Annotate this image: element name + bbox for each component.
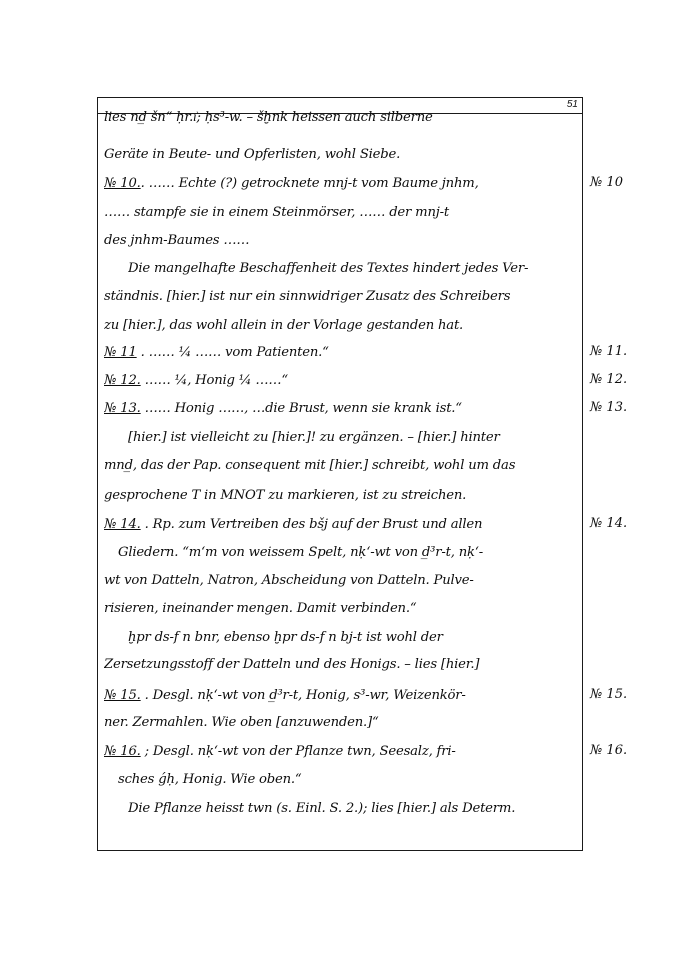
margin-entry-number: № 13.: [590, 398, 627, 418]
manuscript-line: № 11 . …… ¼ …… vom Patienten.“: [104, 343, 578, 363]
entry-label: № 12.: [104, 373, 141, 388]
entry-label: № 16.: [104, 744, 141, 759]
entry-label: № 10.: [104, 176, 141, 191]
line-text: risieren, ineinander mengen. Damit verbi…: [104, 601, 416, 616]
manuscript-line: Die Pflanze heisst twn (s. Einl. S. 2.);…: [128, 799, 578, 819]
line-text: . Desgl. nḳ‘-wt von d̲³r-t, Honig, s³-wr…: [141, 688, 466, 703]
manuscript-line: risieren, ineinander mengen. Damit verbi…: [104, 599, 578, 619]
margin-entry-number: № 10: [590, 173, 623, 193]
line-text: Zersetzungsstoff der Datteln und des Hon…: [104, 657, 479, 672]
manuscript-line: Gliedern. “m‘m von weissem Spelt, nḳ‘-wt…: [118, 543, 578, 563]
line-text: mnd̲, das der Pap. consequent mit [hier.…: [104, 458, 515, 473]
line-text: …… stampfe sie in einem Steinmörser, …… …: [104, 205, 449, 220]
line-text: Gliedern. “m‘m von weissem Spelt, nḳ‘-wt…: [118, 545, 483, 560]
margin-entry-number: № 14.: [590, 514, 627, 534]
margin-entry-number: № 15.: [590, 685, 627, 705]
line-text: . …… ¼ …… vom Patienten.“: [137, 345, 329, 360]
manuscript-line: № 10.. …… Echte (?) getrocknete mnj-t vo…: [104, 174, 578, 194]
manuscript-line: № 12. …… ¼, Honig ¼ ……“: [104, 371, 578, 391]
manuscript-line: mnd̲, das der Pap. consequent mit [hier.…: [104, 456, 578, 476]
line-text: zu [hier.], das wohl allein in der Vorla…: [104, 318, 463, 333]
manuscript-line: № 15. . Desgl. nḳ‘-wt von d̲³r-t, Honig,…: [104, 686, 578, 706]
manuscript-line: …… stampfe sie in einem Steinmörser, …… …: [104, 203, 578, 223]
manuscript-line: wt von Datteln, Natron, Abscheidung von …: [104, 571, 578, 591]
line-text: ; Desgl. nḳ‘-wt von der Pflanze twn, See…: [141, 744, 456, 759]
line-text: ner. Zermahlen. Wie oben [anzuwenden.]“: [104, 715, 379, 730]
manuscript-line: zu [hier.], das wohl allein in der Vorla…: [104, 316, 578, 336]
manuscript-line: ḫpr ds-f n bnr, ebenso ḫpr ds-f n bj-t i…: [128, 628, 578, 648]
line-text: . Rp. zum Vertreiben des bšj auf der Bru…: [141, 517, 483, 532]
page-frame: 51 lies nd̲ šn“ ḥr.ı͗; ḥs³-w. – šḫnk hei…: [97, 97, 583, 851]
manuscript-line: № 16. ; Desgl. nḳ‘-wt von der Pflanze tw…: [104, 742, 578, 762]
manuscript-line: [hier.] ist vielleicht zu [hier.]! zu er…: [128, 428, 578, 448]
line-text: [hier.] ist vielleicht zu [hier.]! zu er…: [128, 430, 500, 445]
line-text: lies nd̲ šn“ ḥr.ı͗; ḥs³-w. – šḫnk heisse…: [104, 110, 433, 125]
line-text: …… Honig ……, …die Brust, wenn sie krank …: [141, 401, 462, 416]
entry-label: № 11: [104, 345, 137, 360]
line-text: ständnis. [hier.] ist nur ein sinnwidrig…: [104, 289, 510, 304]
manuscript-line: № 14. . Rp. zum Vertreiben des bšj auf d…: [104, 515, 578, 535]
line-text: Die Pflanze heisst twn (s. Einl. S. 2.);…: [128, 801, 515, 816]
line-text: Geräte in Beute- und Opferlisten, wohl S…: [104, 147, 400, 162]
manuscript-line: Geräte in Beute- und Opferlisten, wohl S…: [104, 145, 578, 165]
manuscript-line: gesprochene T in MNOT zu markieren, ist …: [104, 486, 578, 506]
line-text: Die mangelhafte Beschaffenheit des Texte…: [128, 261, 528, 276]
line-text: gesprochene T in MNOT zu markieren, ist …: [104, 488, 466, 503]
entry-label: № 13.: [104, 401, 141, 416]
margin-entry-number: № 12.: [590, 370, 627, 390]
margin-entry-number: № 11.: [590, 342, 627, 362]
entry-label: № 14.: [104, 517, 141, 532]
line-text: wt von Datteln, Natron, Abscheidung von …: [104, 573, 474, 588]
line-text: sches ǵḥ, Honig. Wie oben.“: [118, 772, 301, 787]
manuscript-line: ner. Zermahlen. Wie oben [anzuwenden.]“: [104, 713, 578, 733]
manuscript-line: № 13. …… Honig ……, …die Brust, wenn sie …: [104, 399, 578, 419]
manuscript-line: ständnis. [hier.] ist nur ein sinnwidrig…: [104, 287, 578, 307]
manuscript-line: lies nd̲ šn“ ḥr.ı͗; ḥs³-w. – šḫnk heisse…: [104, 108, 578, 128]
manuscript-line: Die mangelhafte Beschaffenheit des Texte…: [128, 259, 578, 279]
line-text: . …… Echte (?) getrocknete mnj-t vom Bau…: [141, 176, 479, 191]
manuscript-line: sches ǵḥ, Honig. Wie oben.“: [118, 770, 578, 790]
line-text: des jnhm-Baumes ……: [104, 233, 249, 248]
line-text: ḫpr ds-f n bnr, ebenso ḫpr ds-f n bj-t i…: [128, 630, 443, 645]
manuscript-line: des jnhm-Baumes ……: [104, 231, 578, 251]
margin-entry-number: № 16.: [590, 741, 627, 761]
line-text: …… ¼, Honig ¼ ……“: [141, 373, 288, 388]
manuscript-line: Zersetzungsstoff der Datteln und des Hon…: [104, 655, 578, 675]
entry-label: № 15.: [104, 688, 141, 703]
